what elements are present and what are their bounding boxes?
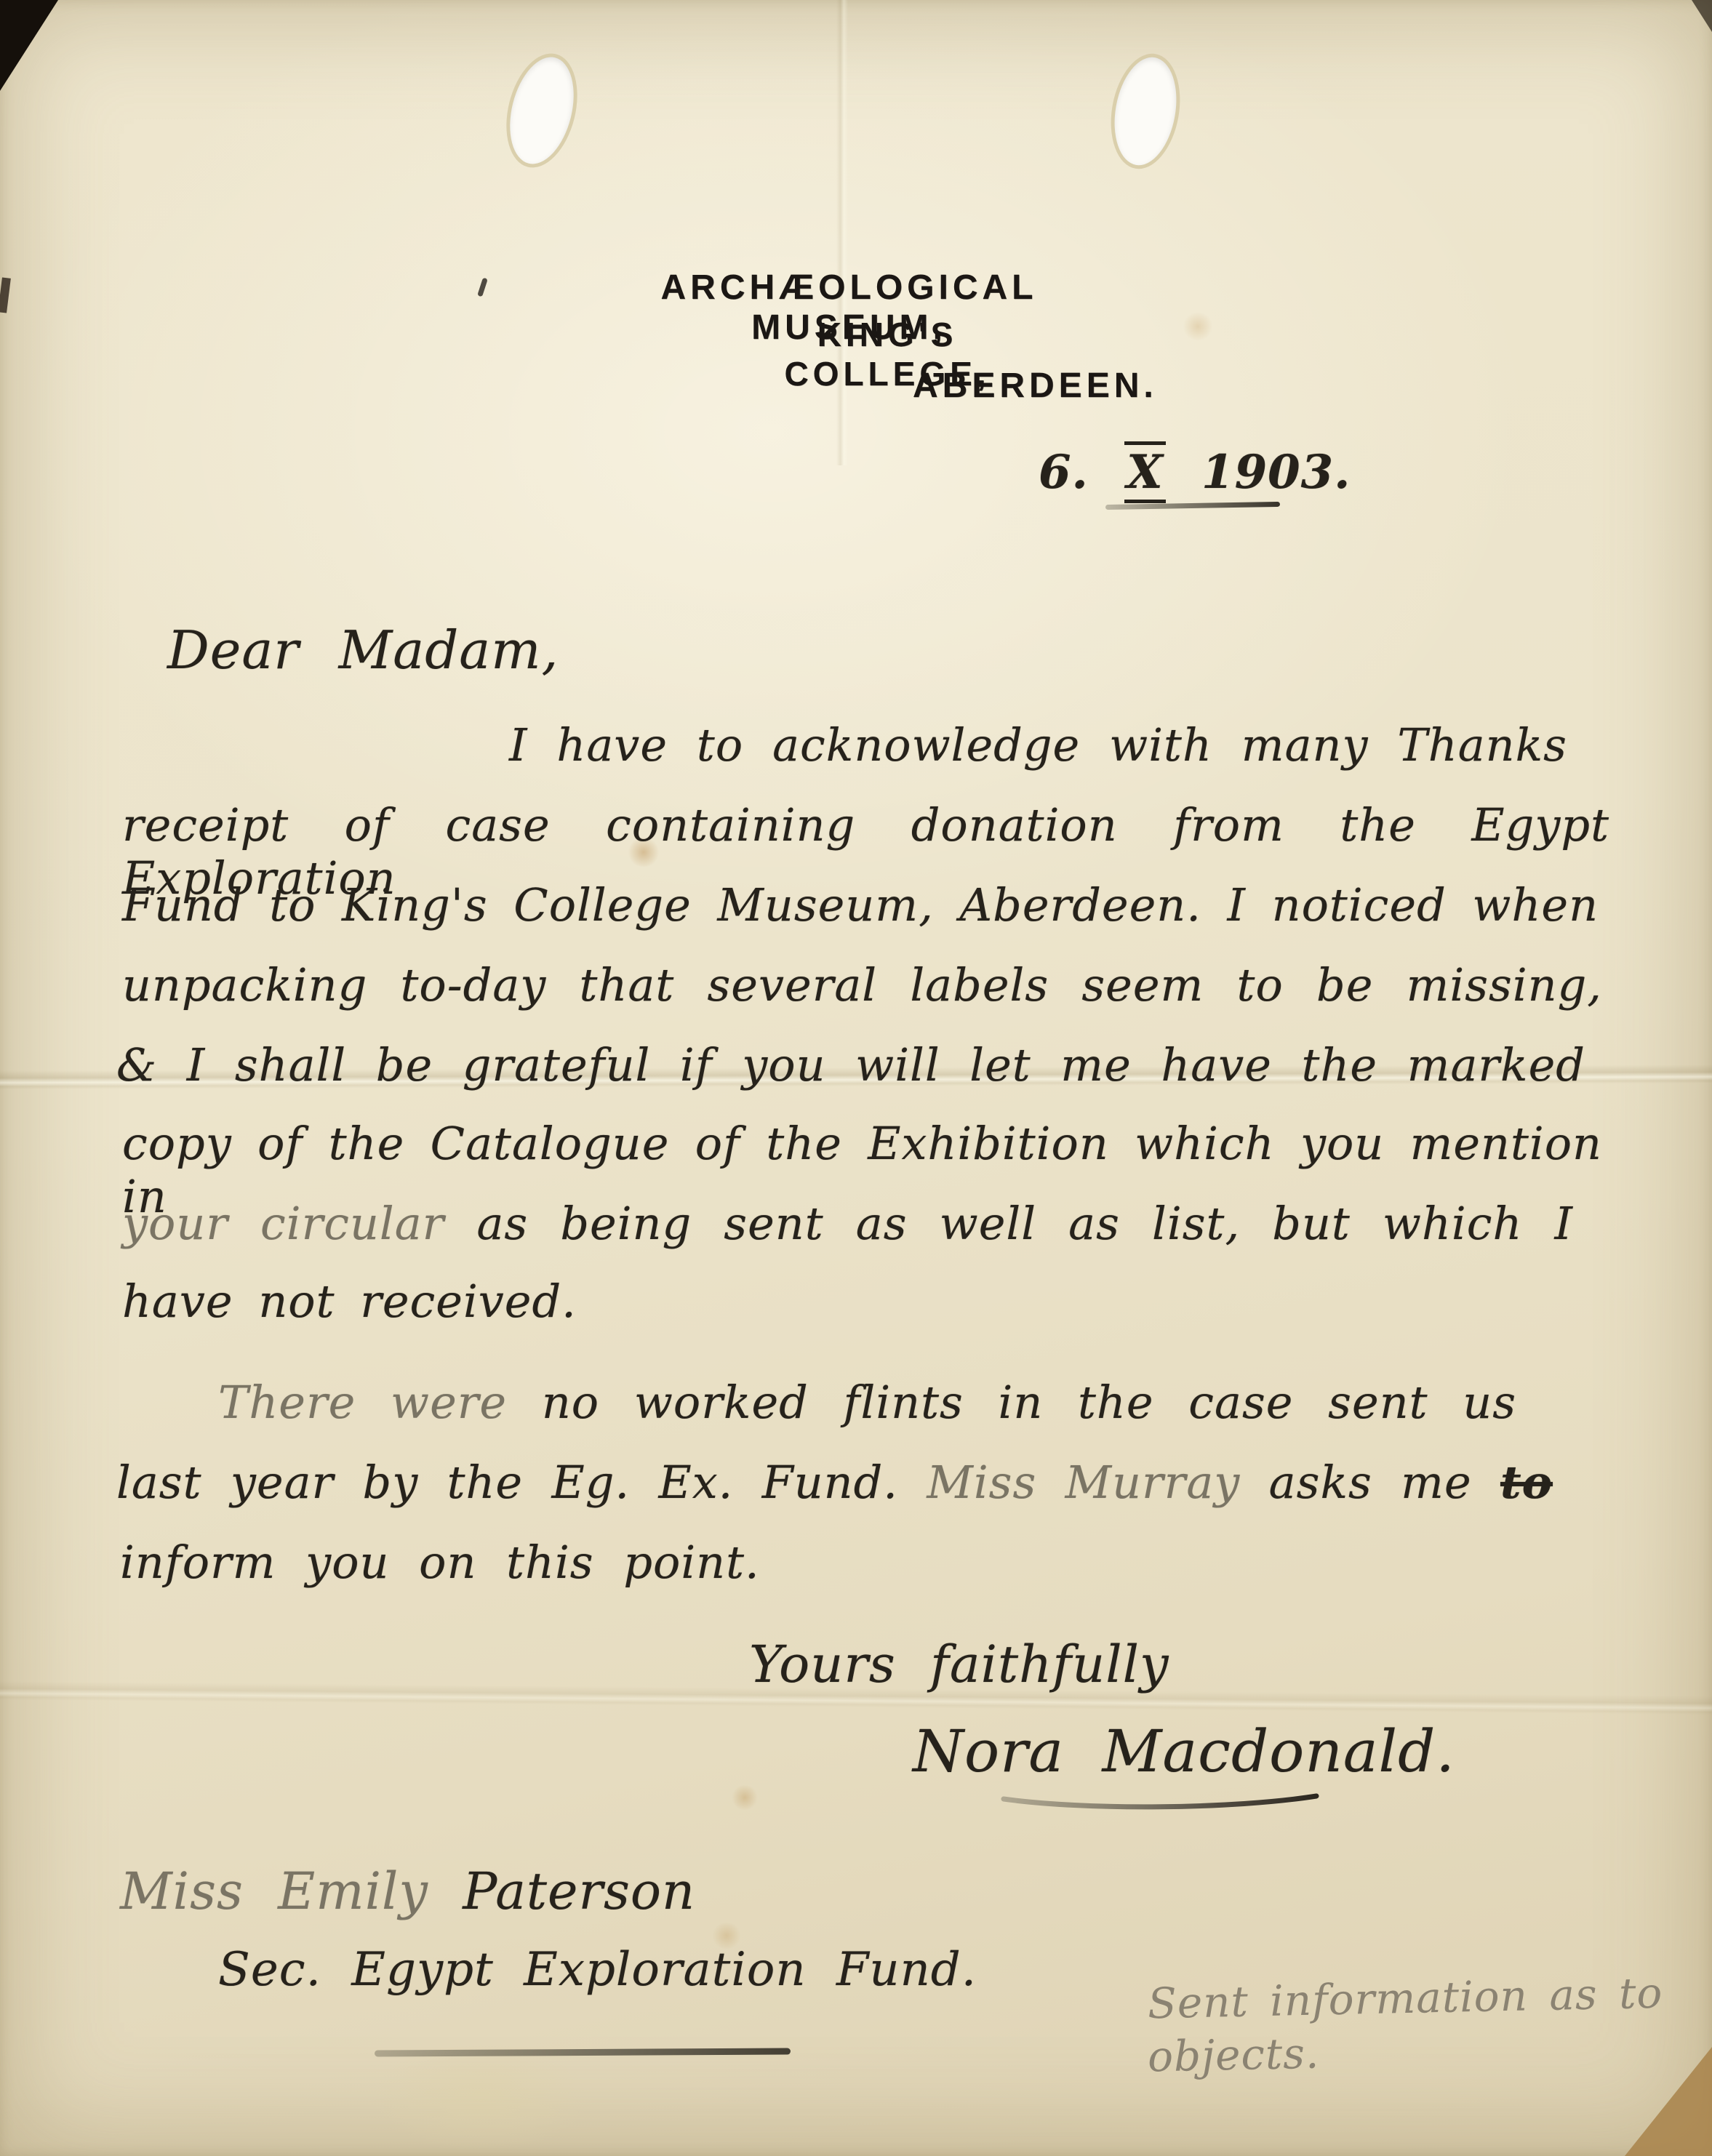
body-line: I have to acknowledge with many Thanks [509,718,1567,772]
pencil-annotation-line2: objects. [1147,2029,1320,2082]
body-line-text: as being sent as well as list, but which… [476,1197,1573,1250]
foxing-stain [731,1785,759,1810]
salutation: Dear Madam, [167,620,559,681]
body-line-text: no worked flints in the case sent us [542,1376,1516,1429]
body-line: inform you on this point. [120,1536,760,1589]
foxing-stain [1182,313,1214,340]
signature-underline-flourish [1000,1790,1320,1815]
faded-words: Miss Emily [120,1862,428,1921]
addressee-name: Miss Emily Paterson [120,1862,695,1921]
date-year: 1903. [1201,445,1351,500]
date-line: 6. X 1903. [1039,445,1351,500]
body-line: & I shall be grateful if you will let me… [116,1038,1585,1091]
body-line-text: last year by the Eg. Ex. Fund. [116,1456,898,1509]
addressee-role: Sec. Egypt Exploration Fund. [218,1943,977,1997]
faded-words: There were [218,1376,507,1429]
body-line: There were no worked flints in the case … [218,1376,1516,1429]
letterhead-city-line: ABERDEEN. [913,366,1127,406]
faded-words: your circular [122,1197,444,1250]
body-line: Fund to King's College Museum, Aberdeen.… [122,878,1599,931]
addressee-surname: Paterson [463,1862,695,1921]
body-line-text: asks me [1269,1456,1472,1509]
date-month-roman-numeral: X [1124,441,1166,503]
body-line: unpacking to-day that several labels see… [122,958,1602,1011]
signature: Nora Macdonald. [913,1718,1455,1785]
faded-words: Miss Murray [927,1456,1240,1509]
date-day: 6. [1039,445,1089,500]
body-line-text: I have to acknowledge with many Thanks [509,718,1567,772]
body-line: your circular as being sent as well as l… [122,1197,1573,1250]
closing-valediction: Yours faithfully [749,1635,1169,1694]
fold-crease-vertical-top [836,0,848,465]
paper-discoloration [371,2043,589,2152]
body-line: last year by the Eg. Ex. Fund. Miss Murr… [116,1456,1553,1509]
struck-out-word: to [1500,1456,1553,1509]
scanned-letter-page: ARCHÆOLOGICAL MUSEUM, KING'S COLLEGE, AB… [0,0,1712,2156]
body-line: have not received. [122,1275,577,1328]
